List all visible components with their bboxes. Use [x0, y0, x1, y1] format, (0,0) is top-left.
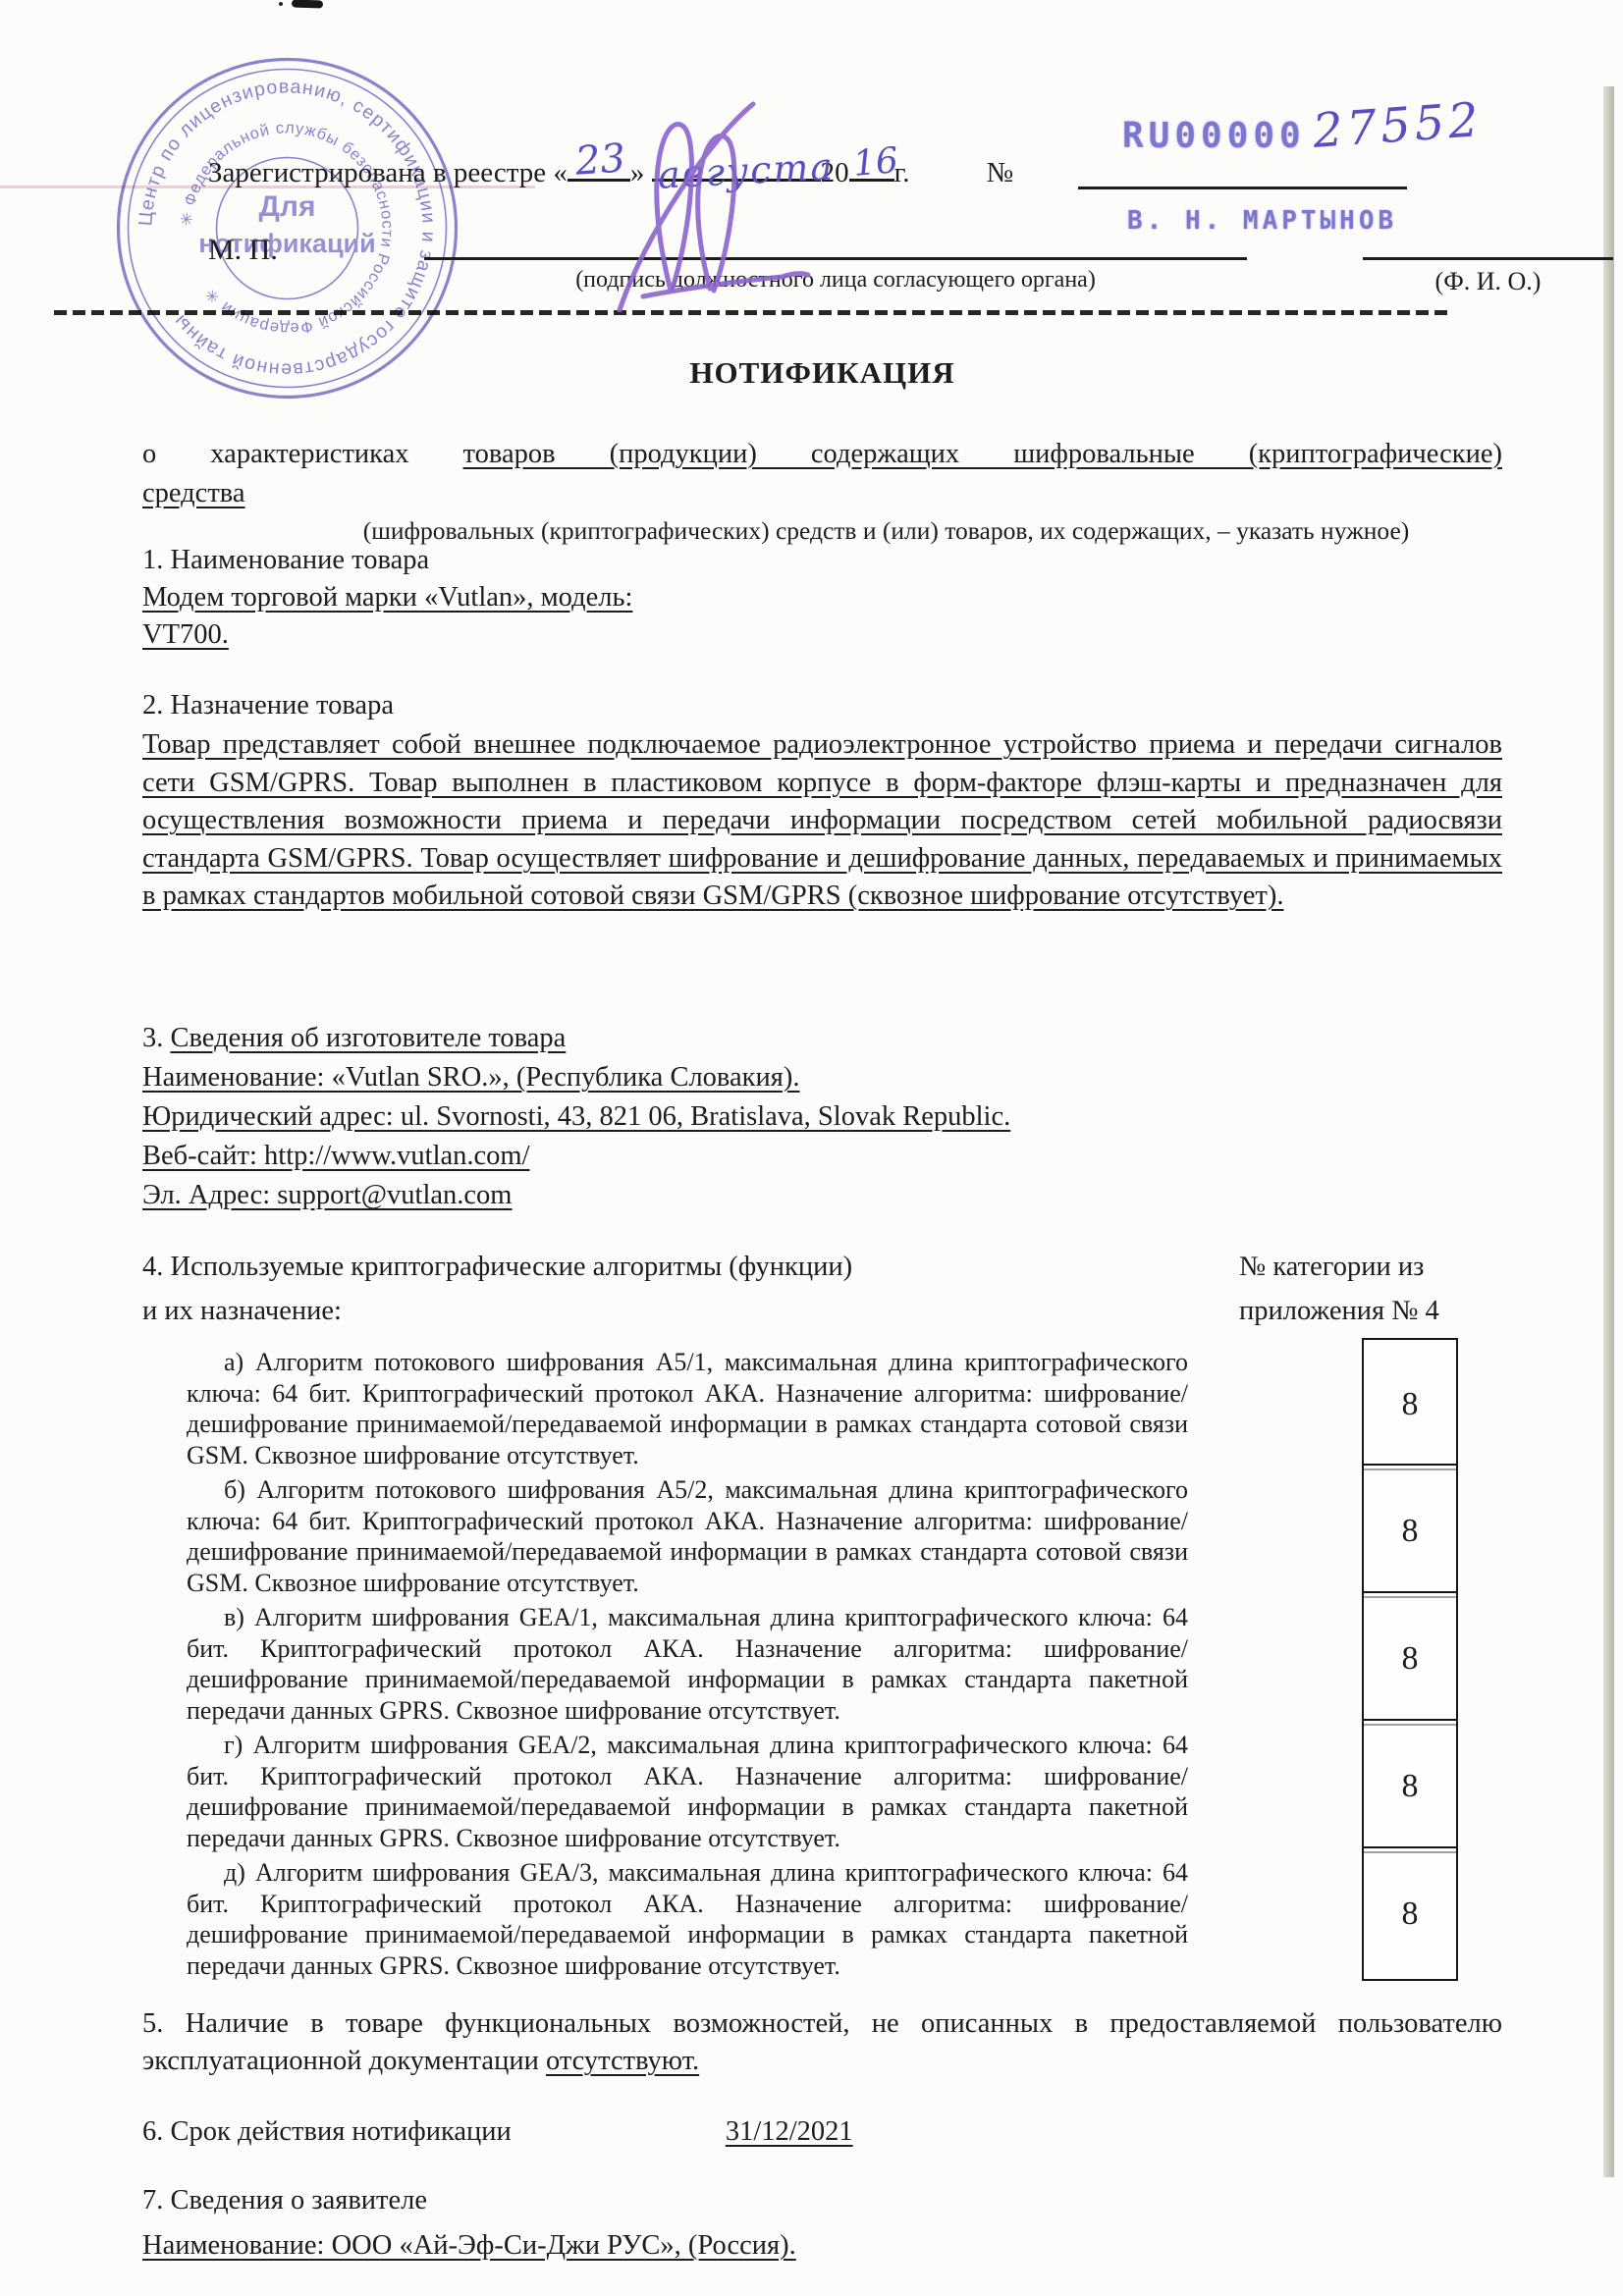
stamp-svg: Центр по лицензированию, сертификации и …: [103, 44, 471, 412]
algorithm-text: а) Алгоритм потокового шифрования А5/1, …: [187, 1338, 1335, 1470]
section-7: 7. Сведения о заявителе Наименование: ОО…: [142, 2182, 1502, 2267]
notification-expiry-date: 31/12/2021: [726, 2113, 853, 2151]
section-5: 5. Наличие в товаре функциональных возмо…: [142, 2005, 1502, 2080]
scan-top-smudge: [292, 0, 323, 9]
algorithm-text: г) Алгоритм шифрования GEA/2, максимальн…: [187, 1721, 1335, 1853]
subtitle-underlined: товаров (продукции) содержащих шифроваль…: [463, 439, 1502, 469]
mp-seal-label: М. П.: [208, 234, 278, 267]
category-value: 8: [1402, 1386, 1419, 1423]
section-3-heading: 3. Сведения об изготовителе товара: [142, 1019, 1502, 1058]
category-box: 8: [1362, 1591, 1458, 1726]
section-4-heading-line1: 4. Используемые криптографические алгори…: [142, 1245, 1134, 1289]
section-1: 1. Наименование товара Модем торговой ма…: [142, 542, 1502, 654]
stamp-center-line1: Для: [259, 190, 316, 223]
registry-number-handwritten: 27552: [1311, 92, 1484, 159]
section-1-heading: 1. Наименование товара: [142, 542, 1502, 579]
section-3-number: 3.: [142, 1023, 171, 1053]
manufacturer-email: Эл. Адрес: support@vutlan.com: [142, 1176, 1502, 1215]
section-2-body: Товар представляет собой внешнее подключ…: [142, 726, 1502, 916]
section-2-heading: 2. Назначение товара: [142, 687, 1502, 724]
subtitle-line2: средства: [142, 478, 1502, 509]
section-5-underlined: отсутствуют.: [546, 2046, 699, 2076]
algorithm-row-d: д) Алгоритм шифрования GEA/3, максимальн…: [187, 1848, 1458, 1976]
algorithm-row-b: б) Алгоритм потокового шифрования А5/2, …: [187, 1466, 1458, 1593]
year-blank: 16: [849, 147, 894, 182]
manufacturer-website: Веб-сайт: http://www.vutlan.com/: [142, 1137, 1502, 1176]
section-6-heading: 6. Срок действия нотификации: [142, 2113, 512, 2151]
section-1-line2: VT700.: [142, 616, 1502, 654]
handwritten-year: 16: [851, 140, 899, 185]
registration-prefix: Зарегистрирована в реестре «: [208, 157, 568, 188]
section-7-heading: 7. Сведения о заявителе: [142, 2182, 1502, 2219]
round-ink-stamp: Центр по лицензированию, сертификации и …: [103, 44, 471, 412]
handwritten-signature: [535, 86, 839, 312]
section-1-line1: Модем торговой марки «Vutlan», модель:: [142, 579, 1502, 616]
scan-top-dot: [279, 2, 283, 6]
category-column-header-line1: № категории из: [1239, 1245, 1514, 1289]
algorithm-row-g: г) Алгоритм шифрования GEA/2, максимальн…: [187, 1721, 1458, 1848]
algorithm-text: в) Алгоритм шифрования GEA/1, максимальн…: [187, 1593, 1335, 1726]
number-sign: №: [986, 157, 1013, 188]
algorithm-row-a: а) Алгоритм потокового шифрования А5/1, …: [187, 1338, 1458, 1466]
algorithm-text: д) Алгоритм шифрования GEA/3, максимальн…: [187, 1848, 1335, 1981]
section-4-heading-line2: и их назначение:: [142, 1289, 1134, 1333]
algorithm-items-table: а) Алгоритм потокового шифрования А5/1, …: [187, 1338, 1458, 1976]
fio-stamped-name: В. Н. МАРТЫНОВ: [1127, 206, 1397, 236]
subtitle-line1: о характеристиках товаров (продукции) со…: [142, 439, 1502, 470]
signature-svg: [535, 86, 839, 312]
subtitle-line2-text: средства: [142, 478, 245, 508]
algorithm-row-v: в) Алгоритм шифрования GEA/1, максимальн…: [187, 1593, 1458, 1721]
category-value: 8: [1402, 1768, 1419, 1805]
subtitle-note: (шифровальных (криптографических) средст…: [270, 516, 1502, 546]
section-5-text: 5. Наличие в товаре функциональных возмо…: [142, 2005, 1502, 2080]
algorithm-text: б) Алгоритм потокового шифрования А5/2, …: [187, 1466, 1335, 1598]
section-5-plain: 5. Наличие в товаре функциональных возмо…: [142, 2008, 1502, 2076]
category-box: 8: [1362, 1846, 1458, 1981]
category-value: 8: [1402, 1513, 1419, 1550]
section-4-heading-left: 4. Используемые криптографические алгори…: [142, 1245, 1134, 1333]
subtitle-plain: о характеристиках: [142, 439, 463, 469]
category-box: 8: [1362, 1338, 1458, 1470]
section-2: 2. Назначение товара Товар представляет …: [142, 687, 1502, 916]
category-box: 8: [1362, 1464, 1458, 1598]
section-4-heading-right: № категории из приложения № 4: [1239, 1245, 1514, 1333]
scanned-notification-document: { "header": { "registered_prefix": "Заре…: [0, 0, 1623, 2296]
section-3: 3. Сведения об изготовителе товара Наиме…: [142, 1019, 1502, 1215]
manufacturer-address: Юридический адрес: ul. Svornosti, 43, 82…: [142, 1097, 1502, 1137]
fio-caption: (Ф. И. О.): [1363, 267, 1613, 296]
manufacturer-name: Наименование: «Vutlan SRO.», (Республика…: [142, 1058, 1502, 1097]
section-3-heading-text: Сведения об изготовителе товара: [171, 1023, 567, 1053]
fio-line: [1363, 218, 1613, 260]
category-value: 8: [1402, 1640, 1419, 1678]
scan-page-edge: [1603, 86, 1614, 2177]
category-column-header-line2: приложения № 4: [1239, 1289, 1514, 1333]
category-box: 8: [1362, 1719, 1458, 1853]
category-value: 8: [1402, 1896, 1419, 1933]
applicant-name: Наименование: ООО «Ай-Эф-Си-Джи РУС», (Р…: [142, 2225, 1502, 2267]
registry-number-stamped: RU00000: [1122, 116, 1306, 156]
section-6: 6. Срок действия нотификации 31/12/2021: [142, 2113, 1502, 2151]
